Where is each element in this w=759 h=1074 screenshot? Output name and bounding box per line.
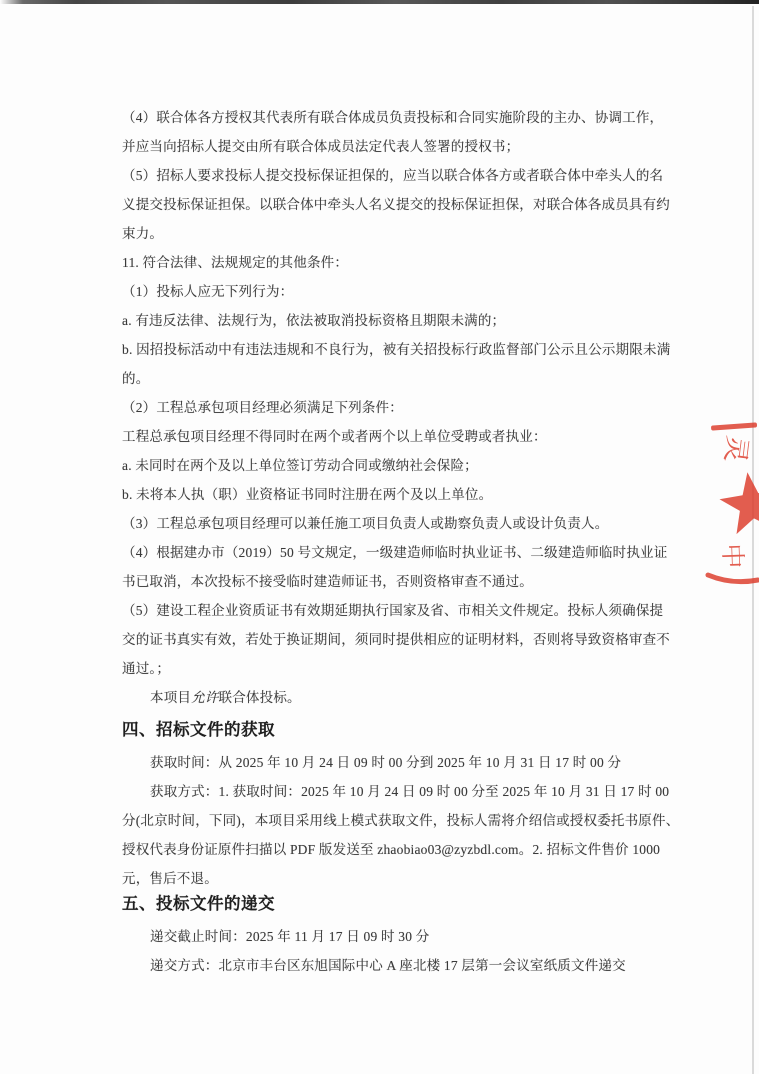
text-line: b. 未将本人执（职）业资格证书同时注册在两个及以上单位。 <box>122 480 667 509</box>
text-line: 授权代表身份证原件扫描以 PDF 版发送至 zhaobiao03@zyzbdl.… <box>122 835 667 864</box>
text-line: 分(北京时间，下同)，本项目采用线上模式获取文件，投标人需将介绍信或授权委托书原… <box>122 806 667 835</box>
page-edge-line <box>752 6 754 1074</box>
text-line: 11. 符合法律、法规规定的其他条件： <box>122 248 667 277</box>
text-line: 获取时间：从 2025 年 10 月 24 日 09 时 00 分到 2025 … <box>122 748 667 777</box>
text-line: （4）根据建办市（2019）50 号文规定，一级建造师临时执业证书、二级建造师临… <box>122 538 667 567</box>
text-segment: 本项目 <box>150 690 191 705</box>
text-line: 交的证书真实有效，若处于换证期间，须同时提供相应的证明材料，否则将导致资格审查不 <box>122 625 667 654</box>
text-line: （5）建设工程企业资质证书有效期延期执行国家及省、市相关文件规定。投标人须确保提 <box>122 596 667 625</box>
text-line: 束力。 <box>122 219 667 248</box>
text-line: 通过。； <box>122 654 667 683</box>
scan-edge-top <box>0 0 759 4</box>
text-line: 的。 <box>122 364 667 393</box>
text-line: 书已取消，本次投标不接受临时建造师证书，否则资格审查不通过。 <box>122 567 667 596</box>
text-line: a. 未同时在两个及以上单位签订劳动合同或缴纳社会保险； <box>122 451 667 480</box>
italic-text-segment: 允许 <box>191 690 218 705</box>
document-page: （4）联合体各方授权其代表所有联合体成员负责投标和合同实施阶段的主办、协调工作，… <box>0 0 759 1074</box>
text-line: 获取方式：1. 获取时间：2025 年 10 月 24 日 09 时 00 分至… <box>122 777 667 806</box>
text-line: a. 有违反法律、法规行为，依法被取消投标资格且期限未满的； <box>122 306 667 335</box>
seal-rim-segment-bottom <box>708 575 758 582</box>
text-line: （2）工程总承包项目经理必须满足下列条件： <box>122 393 667 422</box>
text-segment: 联合体投标。 <box>219 690 301 705</box>
text-line: 递交截止时间：2025 年 11 月 17 日 09 时 30 分 <box>122 922 667 951</box>
text-line: 工程总承包项目经理不得同时在两个或者两个以上单位受聘或者执业： <box>122 422 667 451</box>
red-seal-stamp: 灵 中 <box>698 413 759 593</box>
section-heading-document-obtaining: 四、招标文件的获取 <box>122 712 667 748</box>
text-line: b. 因招投标活动中有违法违规和不良行为，被有关招投标行政监督部门公示且公示期限… <box>122 335 667 364</box>
section-heading-bid-submission: 五、投标文件的递交 <box>122 886 667 922</box>
seal-character-top: 灵 <box>719 434 752 464</box>
text-line: （1）投标人应无下列行为： <box>122 277 667 306</box>
text-line: （5）招标人要求投标人提交投标保证担保的，应当以联合体各方或者联合体中牵头人的名 <box>122 161 667 190</box>
document-content: （4）联合体各方授权其代表所有联合体成员负责投标和合同实施阶段的主办、协调工作，… <box>122 103 667 980</box>
text-line: 递交方式：北京市丰台区东旭国际中心 A 座北楼 17 层第一会议室纸质文件递交 <box>122 951 667 980</box>
text-line: 义提交投标保证担保。以联合体中牵头人名义提交的投标保证担保，对联合体各成员具有约 <box>122 190 667 219</box>
text-line: （3）工程总承包项目经理可以兼任施工项目负责人或勘察负责人或设计负责人。 <box>122 509 667 538</box>
text-line: （4）联合体各方授权其代表所有联合体成员负责投标和合同实施阶段的主办、协调工作， <box>122 103 667 132</box>
joint-bid-note: 本项目允许联合体投标。 <box>122 683 667 712</box>
text-line: 并应当向招标人提交由所有联合体成员法定代表人签署的授权书； <box>122 132 667 161</box>
seal-rim-segment-top <box>711 422 757 430</box>
seal-character-bottom: 中 <box>718 543 747 569</box>
